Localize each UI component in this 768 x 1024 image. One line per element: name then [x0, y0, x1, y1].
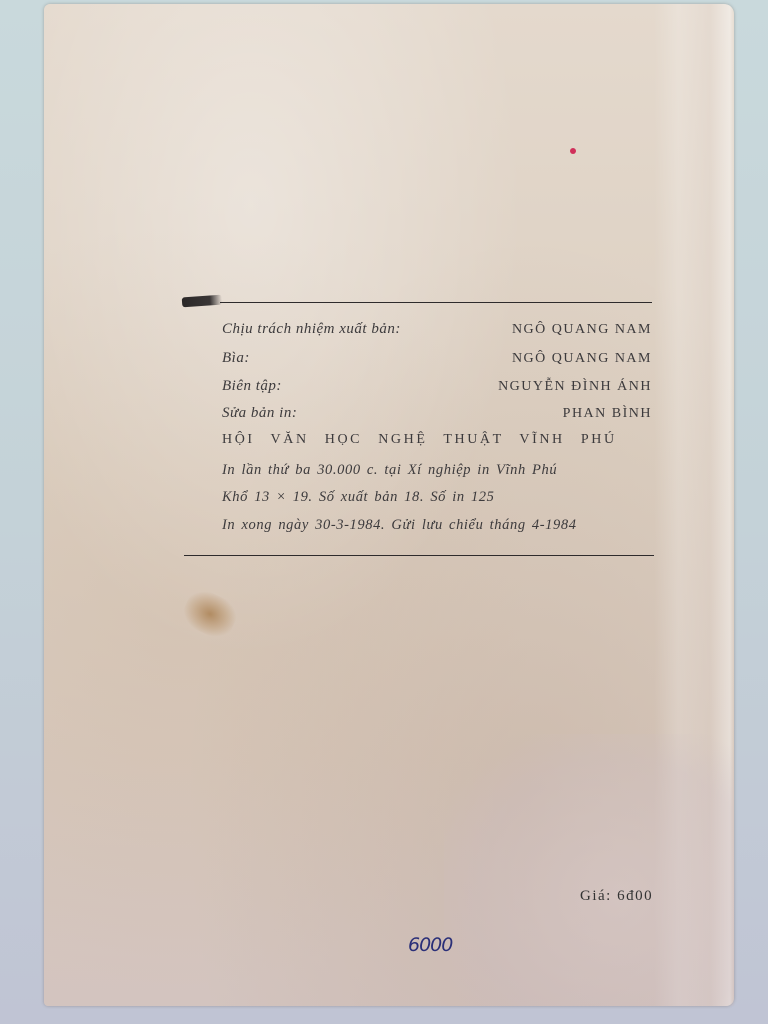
print-info: In lần thứ ba 30.000 c. tại Xí nghiệp in…	[222, 462, 557, 479]
print-line-1: In lần thứ ba 30.000 c. tại Xí nghiệp in…	[222, 462, 652, 484]
water-stain	[444, 734, 734, 1006]
print-line-3: In xong ngày 30-3-1984. Gửi lưu chiểu th…	[222, 517, 652, 539]
top-rule	[220, 302, 652, 303]
publisher-line: HỘI VĂN HỌC NGHỆ THUẬT VĨNH PHÚ	[222, 432, 652, 454]
row-label: Chịu trách nhiệm xuất bản:	[222, 321, 401, 338]
print-info: In xong ngày 30-3-1984. Gửi lưu chiểu th…	[222, 517, 577, 534]
row-label: Bìa:	[222, 350, 250, 367]
row-label: Biên tập:	[222, 378, 282, 395]
print-info: Khổ 13 × 19. Số xuất bản 18. Số in 125	[222, 489, 495, 506]
colophon-row-proofreader: Sửa bản in: PHAN BÌNH	[222, 405, 652, 427]
brown-stain	[178, 585, 242, 643]
row-value: PHAN BÌNH	[563, 406, 652, 422]
handwritten-price-note: 6000	[408, 934, 452, 956]
publisher-name: HỘI VĂN HỌC NGHỆ THUẬT VĨNH PHÚ	[222, 432, 617, 448]
colophon-row-publisher-responsible: Chịu trách nhiệm xuất bản: NGÔ QUANG NAM	[222, 321, 652, 343]
ink-mark	[182, 295, 223, 308]
row-label: Sửa bản in:	[222, 405, 297, 422]
bottom-rule	[184, 555, 654, 556]
print-line-2: Khổ 13 × 19. Số xuất bản 18. Số in 125	[222, 489, 652, 511]
price-label: Giá: 6đ00	[580, 888, 653, 905]
book-back-cover: Chịu trách nhiệm xuất bản: NGÔ QUANG NAM…	[44, 4, 734, 1006]
colophon-row-cover: Bìa: NGÔ QUANG NAM	[222, 350, 652, 372]
colophon-row-editor: Biên tập: NGUYỄN ĐÌNH ÁNH	[222, 378, 652, 400]
red-mark	[570, 148, 576, 154]
row-value: NGÔ QUANG NAM	[512, 351, 652, 367]
row-value: NGÔ QUANG NAM	[512, 322, 652, 338]
row-value: NGUYỄN ĐÌNH ÁNH	[498, 379, 652, 395]
